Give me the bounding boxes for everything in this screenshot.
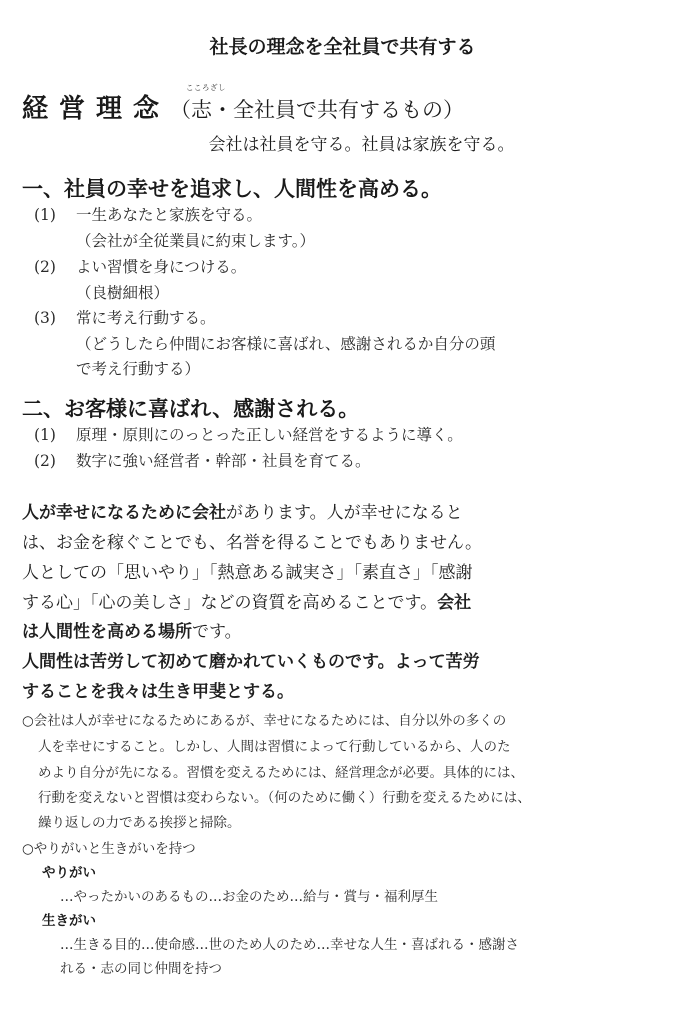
philosophy-subheading-text: （志・全社員で共有するもの） (170, 98, 464, 122)
item-number: (3) (34, 311, 56, 327)
item-text: 一生あなたと家族を守る。 (76, 208, 262, 224)
yarigai-heading: やりがい (42, 867, 96, 881)
note-1-line-2: 人を幸せにすること。しかし、人間は習慣によって行動しているから、人のた (38, 741, 511, 755)
note-1-line-1: ○会社は人が幸せになるためにあるが、幸せになるためには、自分以外の多くの (22, 715, 506, 729)
note-2-line-1: ○やりがいと生きがいを持つ (22, 843, 196, 857)
note-1-line-4: 行動を変えないと習慣は変わらない。（何のために働く）行動を変えるためには、 (38, 792, 531, 806)
item-text: で考え行動する） (76, 362, 200, 378)
section-1-heading: 一、社員の幸せを追求し、人間性を高める。 (22, 178, 442, 199)
paragraph-text: です。 (192, 622, 242, 642)
paragraph-line-3: 人としての「思いやり」「熱意ある誠実さ」「素直さ」「感謝 (22, 565, 473, 582)
item-number: (2) (34, 260, 56, 276)
note-1-line-3: めより自分が先になる。習慣を変えるためには、経営理念が必要。具体的には、 (38, 767, 524, 781)
philosophy-tagline: 会社は社員を守る。社員は家族を守る。 (0, 137, 685, 154)
ikigai-text-line-1: …生きる目的…使命感…世のため人のため…幸せな人生・喜ばれる・感謝さ (60, 939, 519, 953)
paragraph-text: があります。人が幸せになると (226, 503, 463, 523)
philosophy-subheading: こころざし（志・全社員で共有するもの） (170, 98, 464, 122)
paragraph-line-6: 人間性は苦労して初めて磨かれていくものです。よって苦労 (22, 654, 480, 671)
philosophy-heading-main: 経営理念 (22, 94, 170, 124)
paragraph-line-1: 人が幸せになるために会社があります。人が幸せになると (22, 505, 463, 522)
item-text: 数字に強い経営者・幹部・社員を育てる。 (76, 454, 371, 470)
item-number: (1) (34, 208, 56, 224)
item-text: よい習慣を身につける。 (76, 260, 246, 276)
item-number: (1) (34, 428, 56, 444)
section-2-heading: 二、お客様に喜ばれ、感謝される。 (22, 398, 359, 419)
emphasis: は人間性を高める場所 (22, 622, 192, 642)
item-text: （良樹細根） (76, 286, 169, 302)
emphasis: 人が幸せになるために会社 (22, 503, 226, 523)
yarigai-text: …やったかいのあるもの…お金のため…給与・賞与・福利厚生 (60, 891, 438, 905)
item-text: （会社が全従業員に約束します。） (76, 234, 315, 250)
note-1-line-5: 繰り返しの力である挨拶と掃除。 (38, 817, 241, 831)
paragraph-line-2: は、お金を稼ぐことでも、名誉を得ることでもありません。 (22, 535, 482, 552)
ruby-kokorozashi: こころざし (186, 84, 226, 92)
item-text: （どうしたら仲間にお客様に喜ばれ、感謝されるか自分の頭 (76, 337, 495, 353)
document-title: 社長の理念を全社員で共有する (0, 38, 685, 57)
paragraph-text: する心」「心の美しさ」などの資質を高めることです。 (22, 593, 437, 613)
item-text: 常に考え行動する。 (76, 311, 216, 327)
philosophy-heading: 経営理念こころざし（志・全社員で共有するもの） (22, 96, 464, 122)
ikigai-heading: 生きがい (42, 915, 96, 929)
item-text: 原理・原則にのっとった正しい経営をするように導く。 (76, 428, 463, 444)
paragraph-line-5: は人間性を高める場所です。 (22, 624, 242, 641)
ikigai-text-line-2: れる・志の同じ仲間を持つ (60, 963, 222, 977)
item-number: (2) (34, 454, 56, 470)
paragraph-line-4: する心」「心の美しさ」などの資質を高めることです。会社 (22, 595, 471, 612)
paragraph-line-7: することを我々は生き甲斐とする。 (22, 684, 294, 701)
emphasis: 会社 (437, 593, 471, 613)
